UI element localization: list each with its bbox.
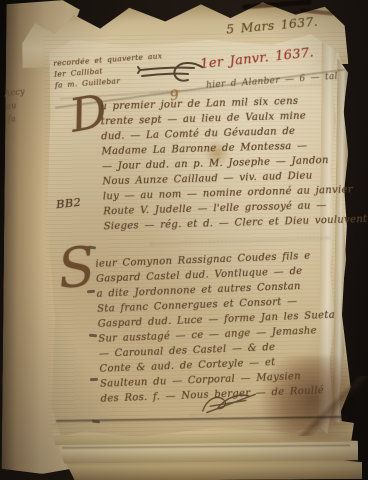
paragraph-2: ieur Comynon Rassignac Coudes fils e Gas… [95, 247, 353, 407]
paragraph-1: u premier jour de Lan mil six cens trent… [100, 93, 346, 235]
manuscript-scan: 5 Mars 1637. 1er Janvr. 1637. hier d Ala… [0, 0, 368, 480]
binding-stitch [89, 334, 97, 338]
paraph-flourish-icon [136, 58, 210, 88]
drop-initial-2: S [55, 234, 99, 301]
spine-note-line: Accy [4, 85, 26, 100]
cote-bb2: BB2 [55, 195, 81, 212]
binding-stitch [90, 378, 98, 382]
spine-note-line: fa [7, 111, 29, 126]
